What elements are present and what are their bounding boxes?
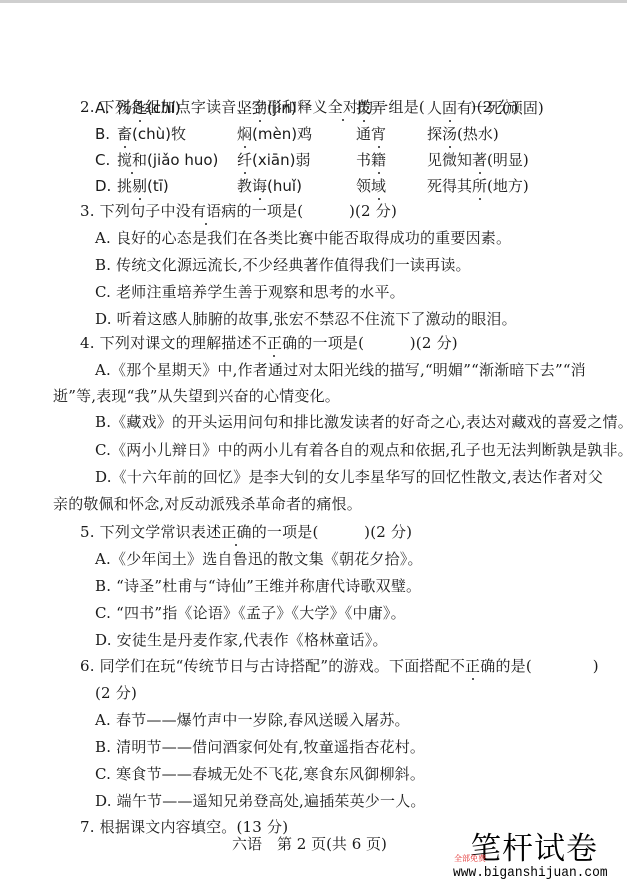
q2-option-b-label: B. xyxy=(95,124,110,144)
q2-option-b-col2: 焖(mèn)鸡 xyxy=(237,124,312,144)
page-top-border xyxy=(0,0,627,3)
q3-stem-emphasis: 没有语病 xyxy=(176,201,237,221)
q4-stem-emphasis: 不正确 xyxy=(252,333,298,353)
q2-option-a-label: A. xyxy=(95,98,110,118)
q4-option-a-line1: A.《那个星期天》中,作者通过对太阳光线的描写,“明媚”“渐渐暗下去”“消 xyxy=(95,360,586,380)
q4-option-d-line1: D.《十六年前的回忆》是李大钊的女儿李星华写的回忆性散文,表达作者对父 xyxy=(95,467,603,487)
q2-option-c-col3: 书籍 xyxy=(356,150,386,170)
q6-option-b: B. 清明节——借问酒家何处有,牧童遥指杏花村。 xyxy=(95,737,425,757)
q2-option-a-col3: 拨弄 xyxy=(356,98,386,118)
q5-option-c: C. “四书”指《论语》《孟子》《大学》《中庸》。 xyxy=(95,603,406,623)
q4-stem: 4. 下列对课文的理解描述不正确的一项是( )(2 分) xyxy=(80,333,458,353)
q6-stem-score: (2 分) xyxy=(95,683,137,703)
q2-option-d-col2: 教诲(huǐ) xyxy=(237,176,302,196)
q6-option-a: A. 春节——爆竹声中一岁除,春风送暖入屠苏。 xyxy=(95,710,410,730)
q5-stem-emphasis: 正确 xyxy=(221,522,251,542)
q2-option-b-col1: 畜(chù)牧 xyxy=(117,124,186,144)
watermark-url: www.biganshijuan.com xyxy=(453,865,608,881)
q4-option-c: C.《两小儿辩日》中的两小儿有着各自的观点和依据,孔子也无法判断孰是孰非。 xyxy=(95,440,627,460)
q5-option-b: B. “诗圣”杜甫与“诗仙”王维并称唐代诗歌双璧。 xyxy=(95,576,421,596)
q4-option-b: B.《藏戏》的开头运用问句和排比激发读者的好奇之心,表达对藏戏的喜爱之情。 xyxy=(95,412,627,432)
q2-option-c-col4: 见微知著(明显) xyxy=(427,150,529,170)
q5-stem: 5. 下列文学常识表述正确的一项是( )(2 分) xyxy=(80,522,412,542)
q2-option-d-label: D. xyxy=(95,176,111,196)
q3-option-b: B. 传统文化源远流长,不少经典著作值得我们一读再读。 xyxy=(95,255,471,275)
watermark-brand: 笔杆试卷 xyxy=(470,832,598,866)
q3-stem: 3. 下列句子中没有语病的一项是( )(2 分) xyxy=(80,201,397,221)
q3-option-a: A. 良好的心态是我们在各类比赛中能否取得成功的重要因素。 xyxy=(95,228,511,248)
q2-option-b-col4: 探汤(热水) xyxy=(427,124,499,144)
q6-option-c: C. 寒食节——春城无处不飞花,寒食东风御柳斜。 xyxy=(95,764,425,784)
q5-option-a: A.《少年闰土》选自鲁迅的散文集《朝花夕拾》。 xyxy=(95,549,423,569)
q2-option-d-col1: 挑剔(tī) xyxy=(117,176,169,196)
q6-option-d: D. 端午节——遥知兄弟登高处,遍插茱英少一人。 xyxy=(95,791,426,811)
q2-stem-emphasis: 全对 xyxy=(328,98,358,116)
q2-option-d-col4: 死得其所(地方) xyxy=(427,176,529,196)
page-number-footer: 六语 第 2 页(共 6 页) xyxy=(232,834,387,854)
q4-option-d-line2: 亲的敬佩和怀念,对反动派残杀革命者的痛恨。 xyxy=(53,494,362,514)
q2-option-a-col1: 汤匙(chí) xyxy=(117,98,181,118)
q5-option-d: D. 安徒生是丹麦作家,代表作《格林童话》。 xyxy=(95,630,388,650)
q4-option-a-line2: 逝”等,表现“我”从失望到兴奋的心情变化。 xyxy=(53,386,340,406)
q3-option-d: D. 听着这感人肺腑的故事,张宏不禁忍不住流下了激动的眼泪。 xyxy=(95,309,517,329)
q2-option-b-col3: 通宵 xyxy=(356,124,386,144)
q2-option-c-col2: 纤(xiān)弱 xyxy=(237,150,310,170)
q2-option-c-label: C. xyxy=(95,150,110,170)
q3-option-c: C. 老师注重培养学生善于观察和思考的水平。 xyxy=(95,282,405,302)
q2-option-c-col1: 搅和(jiǎo huo) xyxy=(117,150,218,170)
q6-stem-emphasis: 不正确 xyxy=(450,656,496,676)
q2-option-a-col2: 坚劲(jìn) xyxy=(237,98,297,118)
watermark-free-tag: 全部免费 xyxy=(454,854,486,864)
q2-option-a-col4: 人固有一死(顽固) xyxy=(427,98,544,118)
q6-stem: 6. 同学们在玩“传统节日与古诗搭配”的游戏。下面搭配不正确的是( ) xyxy=(80,656,599,676)
q2-option-d-col3: 领域 xyxy=(356,176,386,196)
